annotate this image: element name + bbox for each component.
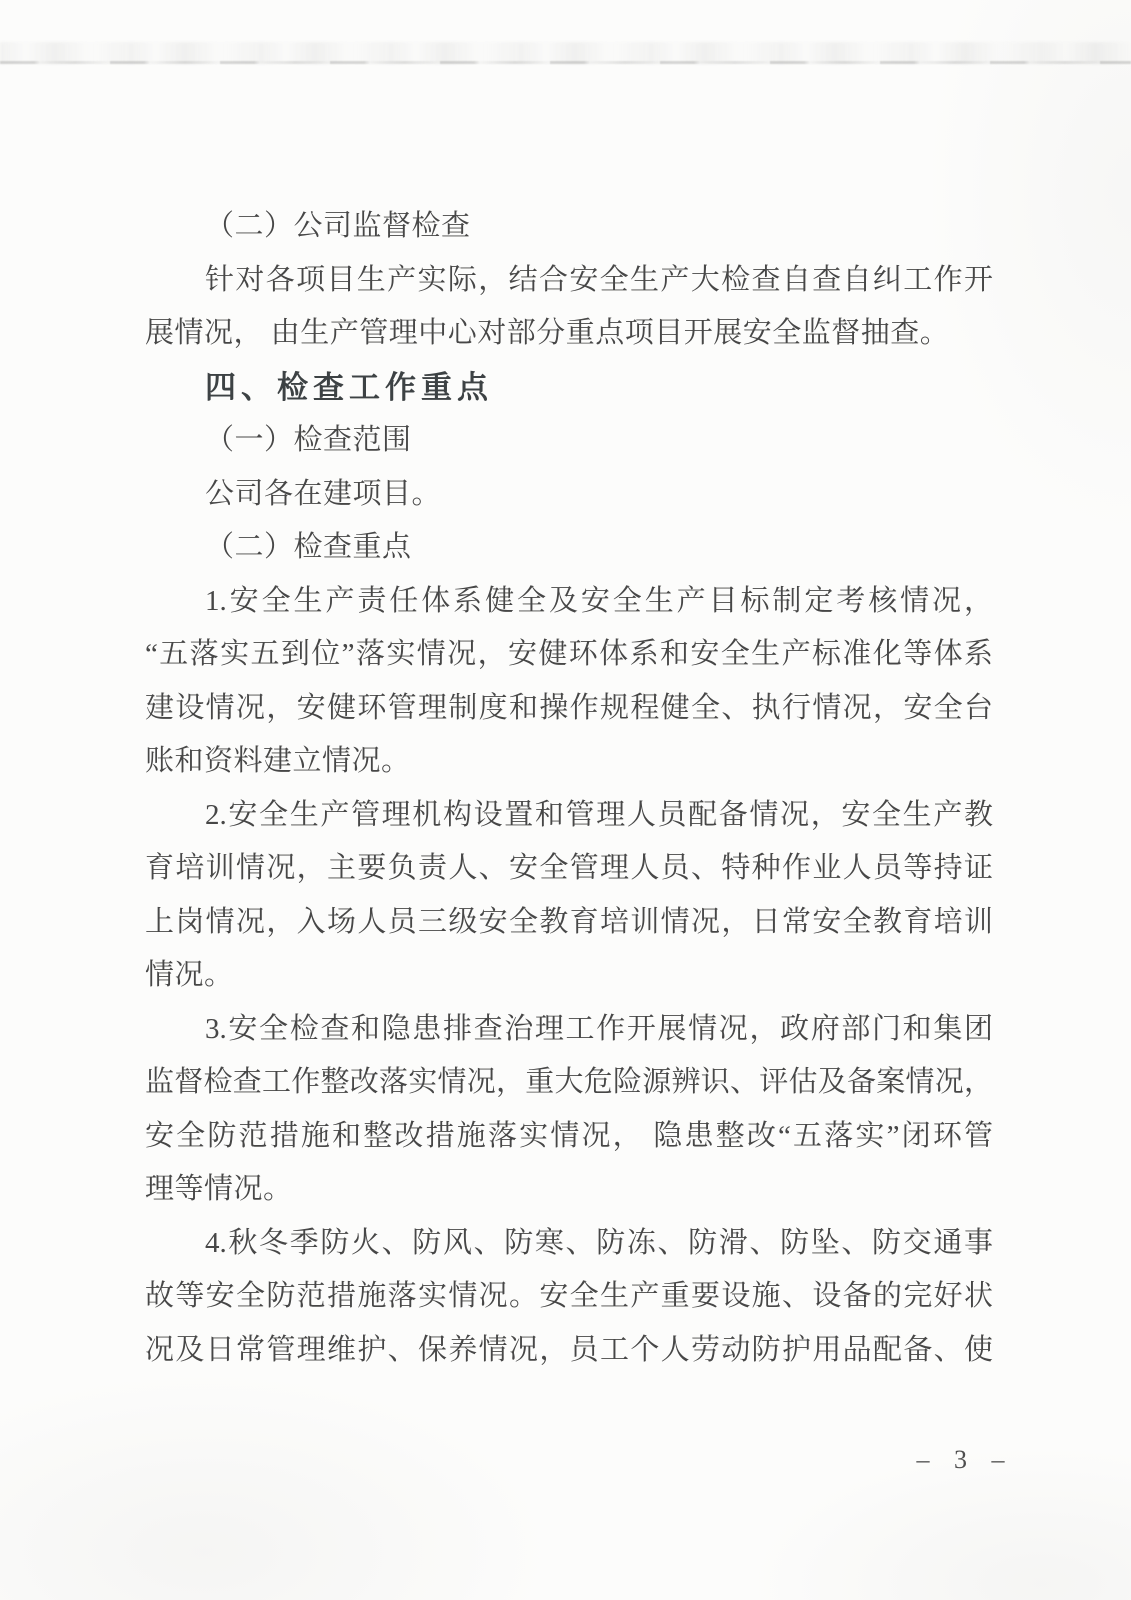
text-line: 安全防范措施和整改措施落实情况， 隐患整改“五落实”闭环管: [145, 1110, 993, 1164]
text-line: （一）检查范围: [145, 414, 993, 468]
text-line: 展情况， 由生产管理中心对部分重点项目开展安全监督抽查。: [145, 307, 993, 361]
text-line: 账和资料建立情况。: [145, 735, 993, 789]
text-line: 上岗情况，入场人员三级安全教育培训情况，日常安全教育培训: [145, 896, 993, 950]
text-line: 建设情况，安健环管理制度和操作规程健全、执行情况，安全台: [145, 682, 993, 736]
text-line: （二）公司监督检查: [145, 200, 993, 254]
text-line: 故等安全防范措施落实情况。安全生产重要设施、设备的完好状: [145, 1270, 993, 1324]
text-line: 针对各项目生产实际，结合安全生产大检查自查自纠工作开: [145, 254, 993, 308]
text-line: 3.安全检查和隐患排查治理工作开展情况，政府部门和集团: [145, 1003, 993, 1057]
document-page: （二）公司监督检查针对各项目生产实际，结合安全生产大检查自查自纠工作开展情况， …: [0, 0, 1131, 1600]
text-line: （二）检查重点: [145, 521, 993, 575]
text-line: 情况。: [145, 949, 993, 1003]
page-number: – 3 –: [905, 1445, 1025, 1475]
section-heading-line: 四、检查工作重点: [145, 361, 993, 415]
text-line: 况及日常管理维护、保养情况，员工个人劳动防护用品配备、使: [145, 1324, 993, 1378]
document-body: （二）公司监督检查针对各项目生产实际，结合安全生产大检查自查自纠工作开展情况， …: [145, 200, 993, 1377]
text-line: 监督检查工作整改落实情况，重大危险源辨识、评估及备案情况，: [145, 1056, 993, 1110]
text-line: “五落实五到位”落实情况，安健环体系和安全生产标准化等体系: [145, 628, 993, 682]
text-line: 1.安全生产责任体系健全及安全生产目标制定考核情况，: [145, 575, 993, 629]
scan-artifact-line: [0, 61, 1131, 64]
text-line: 公司各在建项目。: [145, 468, 993, 522]
text-line: 4.秋冬季防火、防风、防寒、防冻、防滑、防坠、防交通事: [145, 1217, 993, 1271]
text-line: 育培训情况，主要负责人、安全管理人员、特种作业人员等持证: [145, 842, 993, 896]
text-line: 2.安全生产管理机构设置和管理人员配备情况，安全生产教: [145, 789, 993, 843]
text-line: 理等情况。: [145, 1163, 993, 1217]
